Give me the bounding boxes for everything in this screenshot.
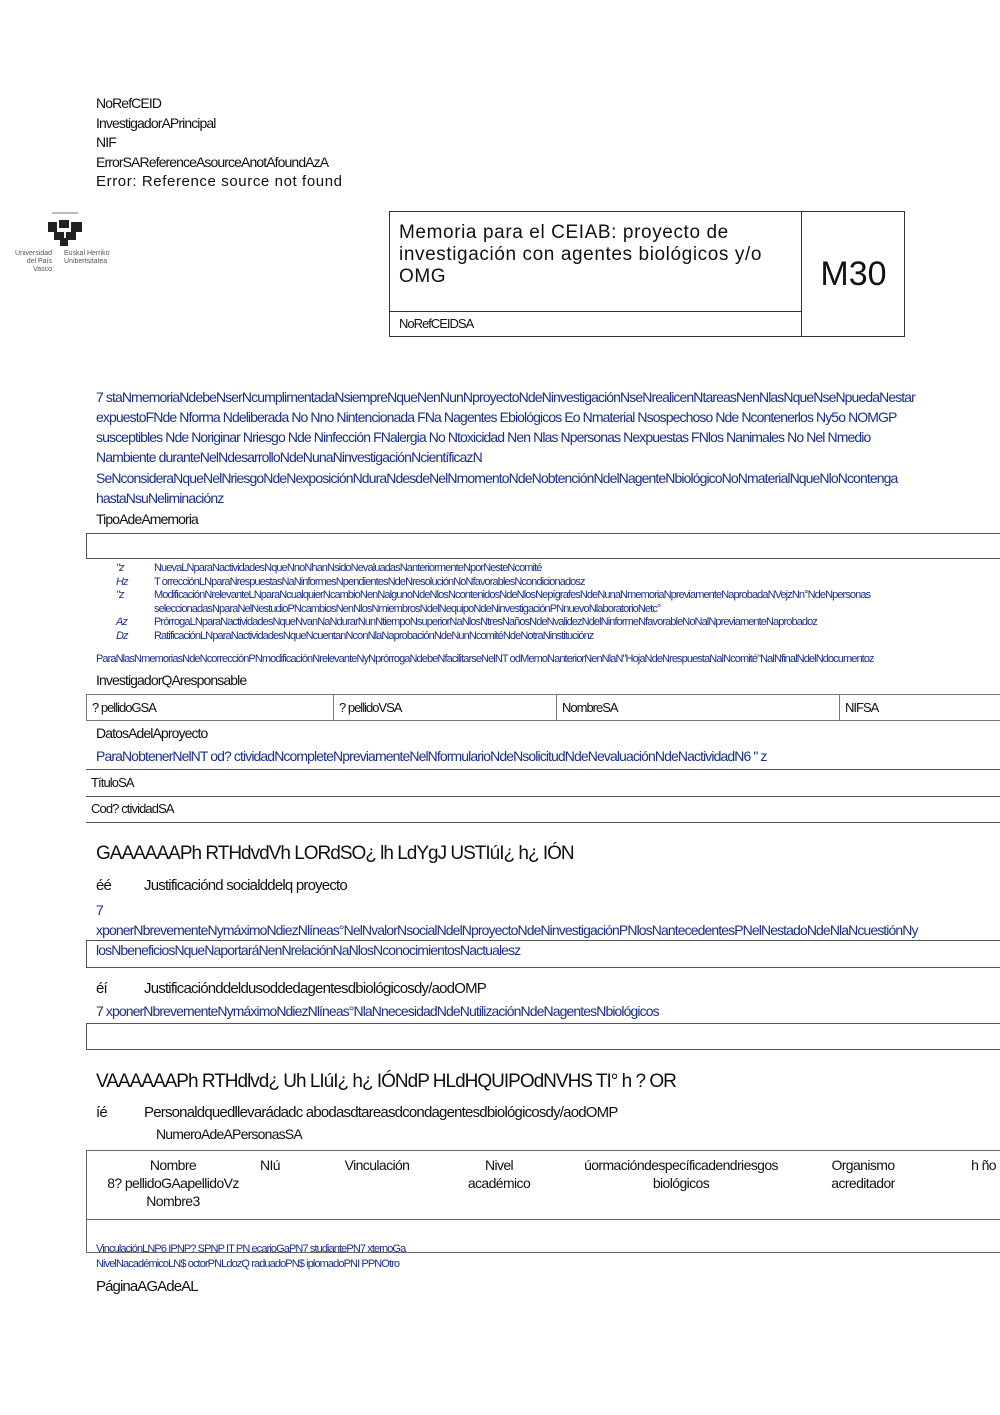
memory-type-label: TipoAdeAmemoria [96,511,198,527]
investigator-label: InvestigadorQAresponsable [96,672,246,688]
intro-paragraph-2: SeNconsideraNqueNelNriesgoNdeNexposición… [96,468,916,508]
header-nif-field: NIF [96,133,343,153]
section1-item2-hint: 7 xponerNbrevementeNymáximoNdiezNlíneas°… [96,1001,916,1021]
document-title: Memoria para el CEIAB: proyecto de inves… [390,212,802,312]
memory-types-note: ParaNlasNmemoriasNdeNcorrecciónPNmodific… [96,653,874,667]
section2-heading: VAAAAAAPh RTHdlvd¿ Uh LIúI¿ h¿ IÓNdP HLd… [96,1071,676,1093]
col-nif: NIú [259,1151,321,1220]
list-item: "zModificaciónNrelevanteLNparaNcualquier… [96,589,914,616]
list-item: "zNuevaLNparaNactividadesNqueNnoNhanNsid… [96,562,914,576]
list-item: DzRatificaciónLNparaNactividadesNqueNcue… [96,630,914,644]
header-investigator-field: InvestigadorAPrincipal [96,114,343,134]
logo-text-es-1: Universidad [12,250,52,258]
col-formacion: úormacióndespecíficadendriesgosbiológico… [565,1151,797,1220]
col-name: Nombre 8? pellidoGAapellidoVz Nombre3 [87,1151,260,1220]
document-ref: NoRefCEIDSA [390,312,802,337]
project-hint: ParaNobtenerNelNT od? ctividadNcompleteN… [96,748,767,764]
investigator-table: ? pellidoGSA ? pellidoVSA NombreSA NIFSA [86,694,1000,721]
header-error-field: ErrorSAReferenceAsourceAnotAfoundAzA [96,153,343,173]
nif-field[interactable]: NIFSA [840,695,1000,721]
project-title-field[interactable]: TítuloSA [86,769,1000,797]
university-logo: Universidad del País Vasco Euskal Herrik… [4,212,124,272]
section1-item1-title: ééJustificaciónd socialddelq proyecto [96,877,347,894]
personnel-table: Nombre 8? pellidoGAapellidoVz Nombre3 NI… [86,1150,1000,1253]
list-item: HzT orrecciónLNparaNrespuestasNaNinforme… [96,576,914,590]
col-vinculacion: Vinculación [321,1151,433,1220]
page-number: PáginaAGAdeAL [96,1278,198,1295]
section1-item2-title: éíJustificaciónddeldusoddedagentesdbioló… [96,980,486,997]
biological-agents-justification-field[interactable] [86,1023,1000,1050]
personnel-count-label: NumeroAdeAPersonasSA [156,1126,302,1142]
memory-type-list: "zNuevaLNparaNactividadesNqueNnoNhanNsid… [96,562,914,643]
section1-heading: GAAAAAAPh RTHdvdVh LORdSO¿ lh LdYgJ USTI… [96,843,574,865]
social-justification-field[interactable] [86,940,1000,968]
header-error-message: Error: Reference source not found [96,172,343,192]
header-ref-field: NoRefCEID [96,94,343,114]
header-fields: NoRefCEID InvestigadorAPrincipal NIF Err… [96,94,343,192]
activity-code-field[interactable]: Cod? ctividadSA [86,796,1000,823]
col-organismo: Organismoacreditador [797,1151,929,1220]
logo-caption-bar [52,212,78,214]
section2-item1-title: íéPersonaldquedllevarádadc abodasdtareas… [96,1104,618,1121]
vinculacion-legend: VinculaciónLNP6 IPNP? SPNP IT PN ecarioG… [96,1242,405,1257]
logo-text-eu-1: Euskal Herriko [64,250,110,258]
intro-paragraph-1: 7 staNmemoriaNdebeNserNcumplimentadaNsie… [96,387,916,467]
memory-type-field[interactable] [86,533,1000,559]
surname1-field[interactable]: ? pellidoGSA [87,695,334,721]
logo-text-eu-2: Unibertsitatea [64,258,110,266]
university-emblem-icon [48,220,82,246]
logo-text-es-2: del País Vasco [12,258,52,274]
form-code: M30 [802,212,905,336]
col-anio: h ño [929,1151,1000,1220]
col-nivel: Nivelacadémico [433,1151,565,1220]
name-field[interactable]: NombreSA [557,695,840,721]
nivel-legend: NivelNacadémicoLN$ octorPNLdozQ raduadoP… [96,1257,399,1272]
surname2-field[interactable]: ? pellidoVSA [334,695,557,721]
project-data-label: DatosAdelAproyecto [96,725,207,741]
list-item: AzPrórrogaLNparaNactividadesNqueNvanNaNd… [96,616,914,630]
document-title-box: Memoria para el CEIAB: proyecto de inves… [389,211,905,337]
